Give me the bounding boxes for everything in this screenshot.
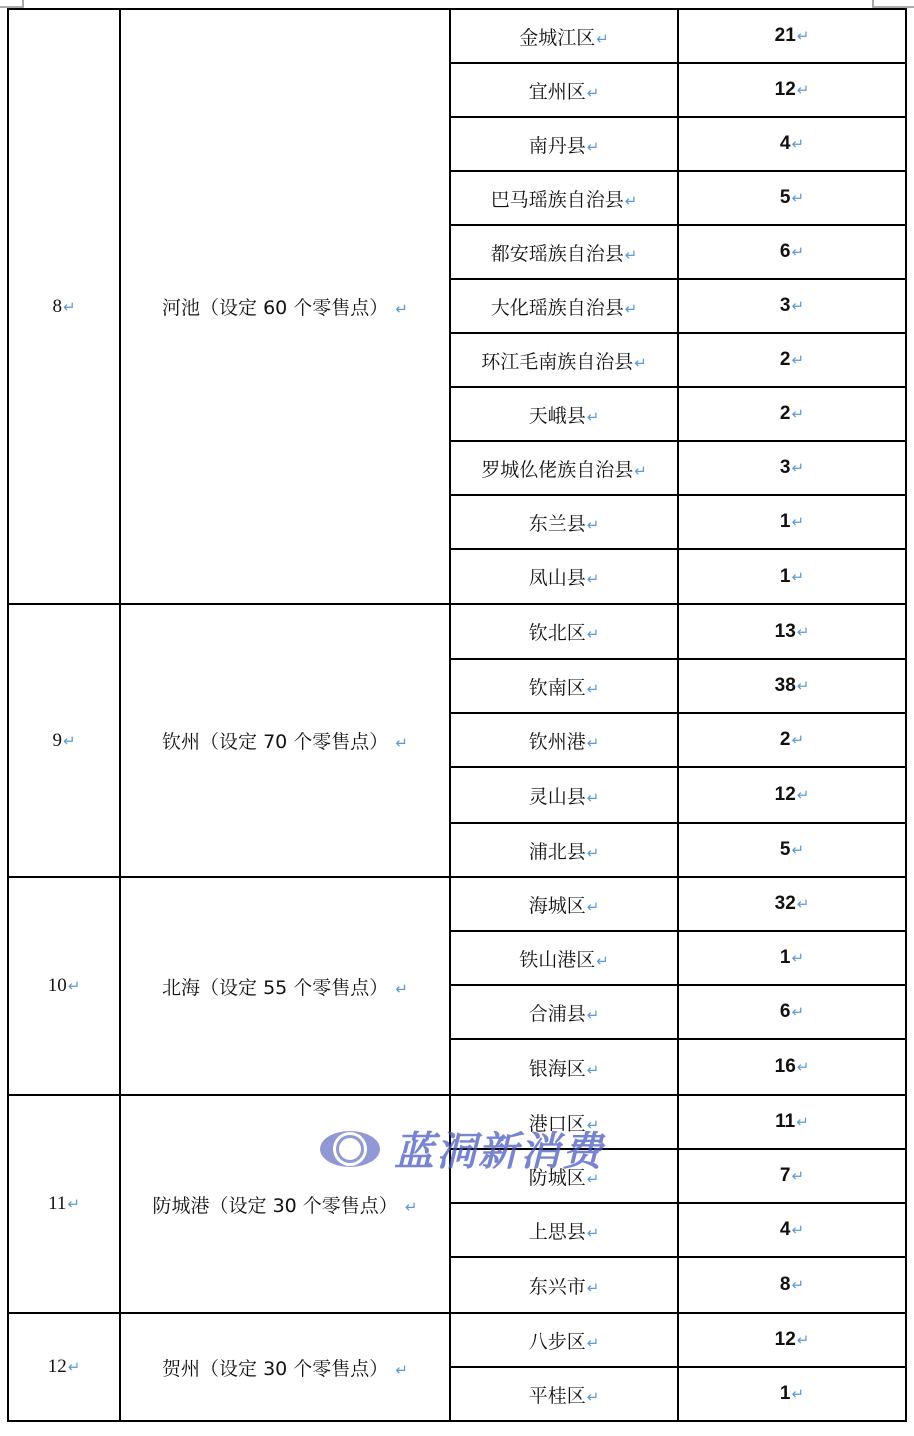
table-row: 9↵钦州（设定 70 个零售点） ↵钦北区↵13↵ (8, 604, 906, 659)
district-cell: 金城江区↵ (450, 9, 678, 63)
city-cell: 贺州（设定 30 个零售点） ↵ (120, 1313, 450, 1421)
return-mark-icon: ↵ (792, 514, 805, 531)
table-row: 10↵北海（设定 55 个零售点） ↵海城区↵32↵ (8, 877, 906, 931)
district-cell: 合浦县↵ (450, 985, 678, 1039)
return-mark-icon: ↵ (792, 352, 805, 369)
return-mark-icon: ↵ (395, 980, 408, 998)
district-cell: 海城区↵ (450, 877, 678, 931)
return-mark-icon: ↵ (792, 1277, 805, 1294)
count-cell: 32↵ (678, 877, 906, 931)
district-cell: 东兴市↵ (450, 1257, 678, 1313)
group-index-cell: 10↵ (8, 877, 120, 1095)
return-mark-icon: ↵ (792, 298, 805, 315)
return-mark-icon: ↵ (405, 1198, 418, 1216)
return-mark-icon: ↵ (792, 460, 805, 477)
count-cell: 5↵ (678, 823, 906, 877)
count-cell: 3↵ (678, 441, 906, 495)
return-mark-icon: ↵ (587, 898, 600, 916)
table-row: 8↵河池（设定 60 个零售点） ↵金城江区↵21↵ (8, 9, 906, 63)
return-mark-icon: ↵ (395, 1361, 408, 1379)
return-mark-icon: ↵ (587, 1061, 600, 1079)
city-cell: 防城港（设定 30 个零售点） ↵ (120, 1095, 450, 1313)
return-mark-icon: ↵ (792, 136, 805, 153)
count-cell: 4↵ (678, 117, 906, 171)
count-cell: 12↵ (678, 63, 906, 117)
return-mark-icon: ↵ (792, 1386, 805, 1403)
retail-points-table: 8↵河池（设定 60 个零售点） ↵金城江区↵21↵宜州区↵12↵南丹县↵4↵巴… (7, 8, 907, 1422)
return-mark-icon: ↵ (587, 844, 600, 862)
return-mark-icon: ↵ (587, 1006, 600, 1024)
return-mark-icon: ↵ (587, 1279, 600, 1297)
count-cell: 1↵ (678, 549, 906, 604)
return-mark-icon: ↵ (587, 734, 600, 752)
count-cell: 11↵ (678, 1095, 906, 1149)
return-mark-icon: ↵ (63, 300, 76, 316)
district-cell: 凤山县↵ (450, 549, 678, 604)
return-mark-icon: ↵ (587, 84, 600, 102)
return-mark-icon: ↵ (792, 1168, 805, 1185)
return-mark-icon: ↵ (587, 1224, 600, 1242)
table-row: 12↵贺州（设定 30 个零售点） ↵八步区↵12↵ (8, 1313, 906, 1367)
district-cell: 都安瑶族自治县↵ (450, 225, 678, 279)
page-corner-mark (872, 0, 914, 8)
return-mark-icon: ↵ (634, 462, 647, 480)
district-cell: 港口区↵ (450, 1095, 678, 1149)
district-cell: 天峨县↵ (450, 387, 678, 441)
return-mark-icon: ↵ (797, 82, 810, 99)
count-cell: 2↵ (678, 387, 906, 441)
return-mark-icon: ↵ (792, 406, 805, 423)
group-index-cell: 9↵ (8, 604, 120, 877)
return-mark-icon: ↵ (792, 732, 805, 749)
group-index-cell: 11↵ (8, 1095, 120, 1313)
district-cell: 平桂区↵ (450, 1367, 678, 1421)
count-cell: 1↵ (678, 495, 906, 549)
count-cell: 2↵ (678, 713, 906, 767)
district-cell: 大化瑶族自治县↵ (450, 279, 678, 333)
return-mark-icon: ↵ (587, 680, 600, 698)
district-cell: 钦北区↵ (450, 604, 678, 659)
return-mark-icon: ↵ (587, 570, 600, 588)
return-mark-icon: ↵ (63, 734, 76, 750)
count-cell: 7↵ (678, 1149, 906, 1203)
return-mark-icon: ↵ (797, 787, 810, 804)
return-mark-icon: ↵ (587, 516, 600, 534)
return-mark-icon: ↵ (395, 300, 408, 318)
count-cell: 6↵ (678, 225, 906, 279)
return-mark-icon: ↵ (797, 1332, 810, 1349)
return-mark-icon: ↵ (68, 1360, 81, 1376)
count-cell: 21↵ (678, 9, 906, 63)
district-cell: 防城区↵ (450, 1149, 678, 1203)
return-mark-icon: ↵ (625, 246, 638, 264)
return-mark-icon: ↵ (797, 1059, 810, 1076)
district-cell: 东兰县↵ (450, 495, 678, 549)
count-cell: 1↵ (678, 931, 906, 985)
return-mark-icon: ↵ (792, 1004, 805, 1021)
group-index-cell: 8↵ (8, 9, 120, 604)
return-mark-icon: ↵ (634, 354, 647, 372)
count-cell: 1↵ (678, 1367, 906, 1421)
count-cell: 16↵ (678, 1039, 906, 1095)
district-cell: 八步区↵ (450, 1313, 678, 1367)
page-corner-mark (0, 0, 24, 8)
return-mark-icon: ↵ (587, 1116, 600, 1134)
return-mark-icon: ↵ (596, 30, 609, 48)
return-mark-icon: ↵ (587, 408, 600, 426)
district-cell: 灵山县↵ (450, 767, 678, 823)
return-mark-icon: ↵ (797, 896, 810, 913)
count-cell: 3↵ (678, 279, 906, 333)
return-mark-icon: ↵ (395, 734, 408, 752)
district-cell: 钦州港↵ (450, 713, 678, 767)
count-cell: 12↵ (678, 1313, 906, 1367)
return-mark-icon: ↵ (792, 190, 805, 207)
return-mark-icon: ↵ (792, 569, 805, 586)
return-mark-icon: ↵ (625, 300, 638, 318)
return-mark-icon: ↵ (625, 192, 638, 210)
return-mark-icon: ↵ (67, 1197, 80, 1213)
group-index-cell: 12↵ (8, 1313, 120, 1421)
district-cell: 宜州区↵ (450, 63, 678, 117)
district-cell: 上思县↵ (450, 1203, 678, 1257)
return-mark-icon: ↵ (792, 1222, 805, 1239)
return-mark-icon: ↵ (587, 789, 600, 807)
district-cell: 巴马瑶族自治县↵ (450, 171, 678, 225)
city-cell: 钦州（设定 70 个零售点） ↵ (120, 604, 450, 877)
return-mark-icon: ↵ (587, 1334, 600, 1352)
count-cell: 12↵ (678, 767, 906, 823)
return-mark-icon: ↵ (796, 1114, 809, 1131)
return-mark-icon: ↵ (587, 1388, 600, 1406)
table-row: 11↵防城港（设定 30 个零售点） ↵港口区↵11↵ (8, 1095, 906, 1149)
return-mark-icon: ↵ (596, 952, 609, 970)
count-cell: 38↵ (678, 659, 906, 713)
count-cell: 13↵ (678, 604, 906, 659)
district-cell: 钦南区↵ (450, 659, 678, 713)
return-mark-icon: ↵ (792, 244, 805, 261)
city-cell: 河池（设定 60 个零售点） ↵ (120, 9, 450, 604)
return-mark-icon: ↵ (587, 1170, 600, 1188)
count-cell: 6↵ (678, 985, 906, 1039)
return-mark-icon: ↵ (797, 624, 810, 641)
district-cell: 铁山港区↵ (450, 931, 678, 985)
count-cell: 4↵ (678, 1203, 906, 1257)
district-cell: 罗城仫佬族自治县↵ (450, 441, 678, 495)
return-mark-icon: ↵ (587, 138, 600, 156)
city-cell: 北海（设定 55 个零售点） ↵ (120, 877, 450, 1095)
return-mark-icon: ↵ (792, 842, 805, 859)
count-cell: 2↵ (678, 333, 906, 387)
return-mark-icon: ↵ (792, 950, 805, 967)
district-cell: 银海区↵ (450, 1039, 678, 1095)
count-cell: 8↵ (678, 1257, 906, 1313)
count-cell: 5↵ (678, 171, 906, 225)
return-mark-icon: ↵ (68, 979, 81, 995)
return-mark-icon: ↵ (587, 625, 600, 643)
return-mark-icon: ↵ (797, 28, 810, 45)
return-mark-icon: ↵ (797, 678, 810, 695)
district-cell: 环江毛南族自治县↵ (450, 333, 678, 387)
district-cell: 南丹县↵ (450, 117, 678, 171)
district-cell: 浦北县↵ (450, 823, 678, 877)
